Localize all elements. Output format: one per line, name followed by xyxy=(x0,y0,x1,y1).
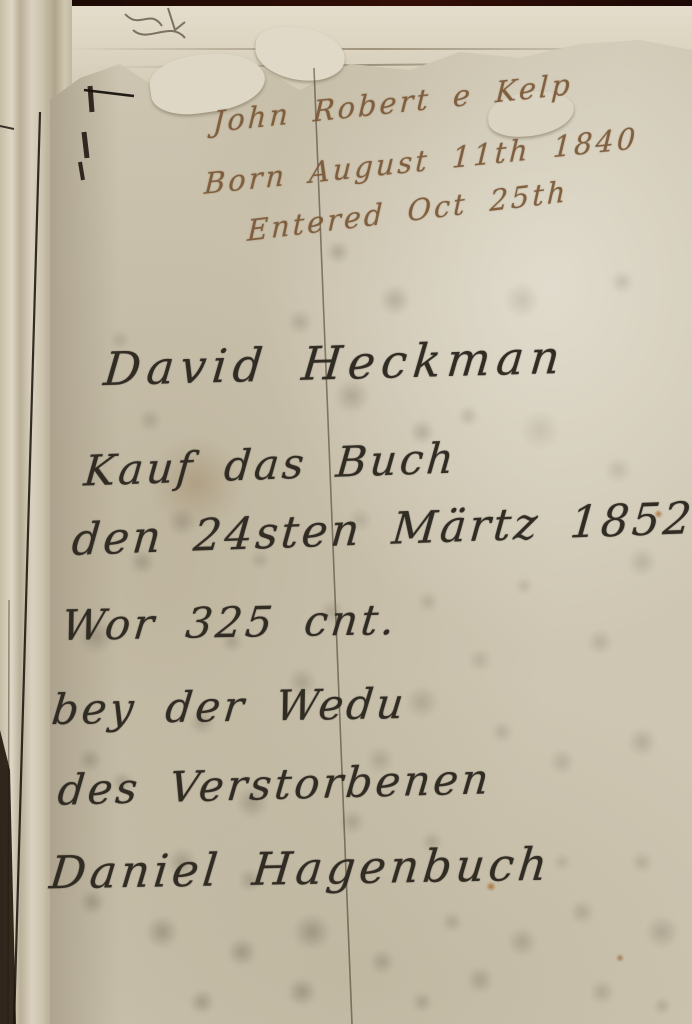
german-line-deceased-name: Daniel Hagenbuch xyxy=(47,838,554,900)
rust-speck xyxy=(616,954,624,962)
german-line-from-the-widow: bey der Wedu xyxy=(49,679,409,734)
photo-of-old-book-flyleaf: John Robert e Kelp Born August 11th 1840… xyxy=(0,0,692,1024)
german-line-price: Wor 325 cnt. xyxy=(59,595,399,650)
